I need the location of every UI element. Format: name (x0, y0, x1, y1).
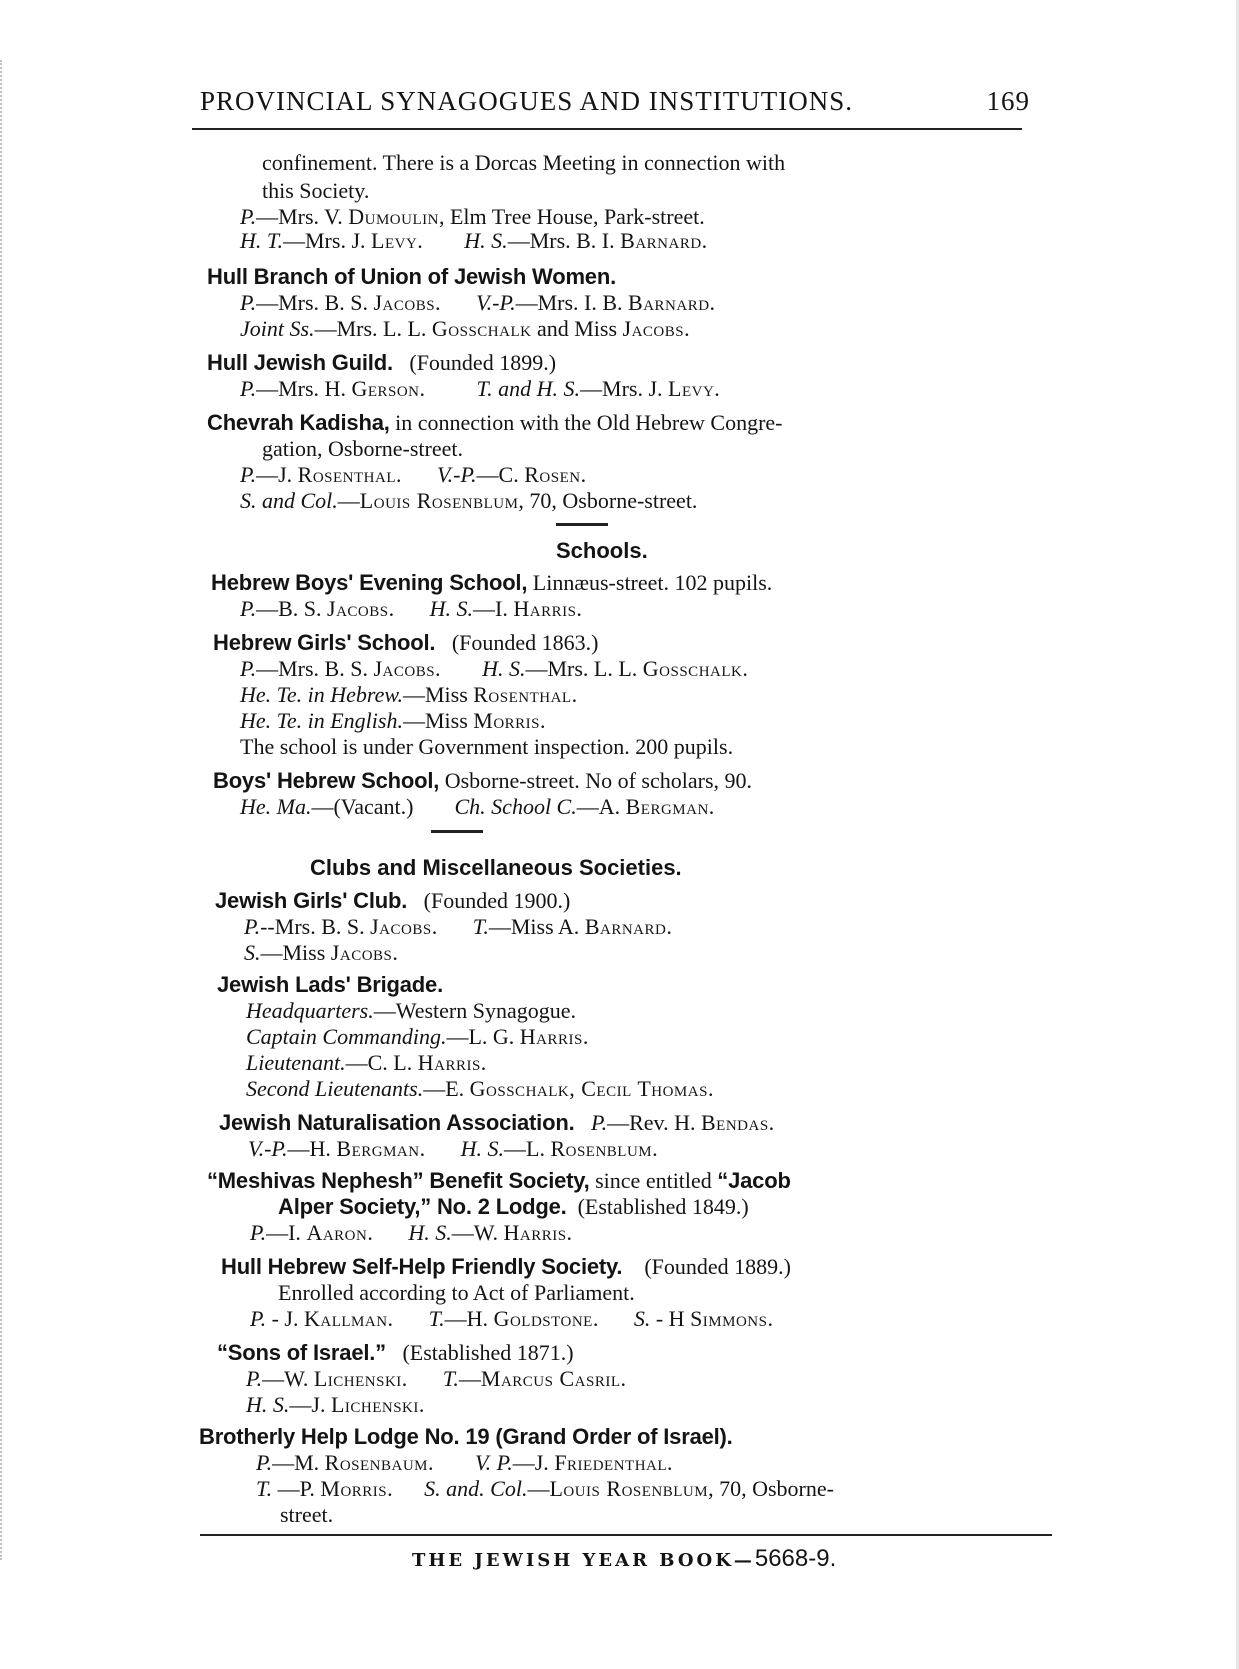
page-edge-right (1226, 0, 1239, 1669)
officer-line: P.—W. Lichenski. T.—Marcus Casril. (246, 1366, 627, 1392)
entry-title: Boys' Hebrew School, (213, 768, 439, 793)
entry-heading: Hull Hebrew Self-Help Friendly Society. … (221, 1254, 791, 1280)
section-heading-schools: Schools. (556, 538, 648, 564)
officer-line: P.—Mrs. H. Gerson. T. and H. S.—Mrs. J. … (240, 376, 720, 402)
officer-line: P.—J. Rosenthal. V.-P.—C. Rosen. (240, 462, 587, 488)
entry-heading: Jewish Naturalisation Association. P.—Re… (219, 1110, 775, 1136)
officer-line: P.—B. S. Jacobs. H. S.—I. Harris. (240, 596, 582, 622)
officer-line: P.—Mrs. B. S. Jacobs. H. S.—Mrs. L. L. G… (240, 656, 748, 682)
entry-title: “Meshivas Nephesh” Benefit Society, (207, 1168, 590, 1193)
officer-line: P.—Mrs. B. S. Jacobs. V.-P.—Mrs. I. B. B… (240, 290, 716, 316)
header-rule (192, 128, 1022, 130)
section-divider (556, 523, 608, 526)
page-edge-left (0, 60, 8, 1560)
section-divider (431, 830, 483, 833)
entry-title: “Sons of Israel.” (217, 1340, 386, 1365)
footer-title: THE JEWISH YEAR BOOK— (412, 1550, 755, 1571)
officer-line: S. and Col.—Louis Rosenblum, 70, Osborne… (240, 488, 697, 514)
entry-title: Jewish Girls' Club. (215, 888, 407, 913)
entry-title: Hull Jewish Guild. (207, 350, 393, 375)
officer-line: P.—M. Rosenbaum. V. P.—J. Friedenthal. (256, 1450, 673, 1476)
officer-line: Second Lieutenants.—E. Gosschalk, Cecil … (246, 1076, 714, 1102)
entry-title: Hebrew Boys' Evening School, (211, 570, 527, 595)
officer-line: P.—Mrs. V. Dumoulin, Elm Tree House, Par… (240, 204, 705, 230)
footer-year: 5668-9. (755, 1545, 836, 1572)
entry-title: Jewish Lads' Brigade. (217, 972, 443, 998)
entry-heading: Hull Jewish Guild. (Founded 1899.) (207, 350, 556, 376)
entry-heading: Hebrew Girls' School. (Founded 1863.) (213, 630, 598, 656)
entry-title: Jewish Naturalisation Association. (219, 1110, 574, 1135)
entry-heading: Alper Society,” No. 2 Lodge. (Establishe… (278, 1194, 749, 1220)
entry-title: Hull Hebrew Self-Help Friendly Society. (221, 1254, 622, 1279)
officer-line: Captain Commanding.—L. G. Harris. (246, 1024, 589, 1050)
entry-heading: Chevrah Kadisha, in connection with the … (207, 410, 782, 436)
officer-line: H. S.—J. Lichenski. (246, 1392, 425, 1418)
running-header: PROVINCIAL SYNAGOGUES AND INSTITUTIONS. … (200, 86, 1030, 117)
entry-title: Hebrew Girls' School. (213, 630, 435, 655)
officer-line: Lieutenant.—C. L. Harris. (246, 1050, 487, 1076)
book-page: PROVINCIAL SYNAGOGUES AND INSTITUTIONS. … (0, 0, 1239, 1669)
page-number: 169 (987, 86, 1031, 117)
officer-line: P.—I. Aaron. H. S.—W. Harris. (250, 1220, 573, 1246)
entry-heading: Jewish Girls' Club. (Founded 1900.) (215, 888, 570, 914)
entry-heading: “Sons of Israel.” (Established 1871.) (217, 1340, 574, 1366)
entry-heading: Hebrew Boys' Evening School, Linnæus-str… (211, 570, 772, 596)
officer-line: H. T.—Mrs. J. Levy. H. S.—Mrs. B. I. Bar… (240, 228, 708, 254)
officer-line: S.—Miss Jacobs. (244, 940, 398, 966)
body-text: gation, Osborne-street. (262, 436, 463, 462)
entry-title: Hull Branch of Union of Jewish Women. (207, 264, 616, 290)
header-title: PROVINCIAL SYNAGOGUES AND INSTITUTIONS. (200, 86, 853, 116)
section-heading-clubs: Clubs and Miscellaneous Societies. (310, 855, 682, 881)
entry-heading: “Meshivas Nephesh” Benefit Society, sinc… (207, 1168, 791, 1194)
running-footer: THE JEWISH YEAR BOOK—5668-9. (412, 1545, 836, 1573)
officer-line: V.-P.—H. Bergman. H. S.—L. Rosenblum. (248, 1136, 658, 1162)
body-text: Enrolled according to Act of Parliament. (278, 1280, 635, 1306)
entry-title: Chevrah Kadisha, (207, 410, 390, 435)
officer-line: Headquarters.—Western Synagogue. (246, 998, 576, 1024)
officer-line: P. - J. Kallman. T.—H. Goldstone. S. - H… (250, 1306, 773, 1332)
entry-title: Brotherly Help Lodge No. 19 (Grand Order… (199, 1424, 733, 1450)
entry-heading: Boys' Hebrew School, Osborne-street. No … (213, 768, 752, 794)
officer-line: He. Ma.—(Vacant.) Ch. School C.—A. Bergm… (240, 794, 715, 820)
body-text: confinement. There is a Dorcas Meeting i… (262, 150, 785, 176)
officer-line: T. —P. Morris. S. and. Col.—Louis Rosenb… (256, 1476, 834, 1502)
body-text: street. (280, 1502, 333, 1528)
body-text: The school is under Government inspectio… (240, 734, 733, 760)
officer-line: Joint Ss.—Mrs. L. L. Gosschalk and Miss … (240, 316, 690, 342)
body-text: this Society. (262, 178, 369, 204)
officer-line: P.--Mrs. B. S. Jacobs. T.—Miss A. Barnar… (244, 914, 672, 940)
footer-rule (200, 1534, 1052, 1536)
officer-line: He. Te. in English.—Miss Morris. (240, 708, 546, 734)
officer-line: He. Te. in Hebrew.—Miss Rosenthal. (240, 682, 578, 708)
